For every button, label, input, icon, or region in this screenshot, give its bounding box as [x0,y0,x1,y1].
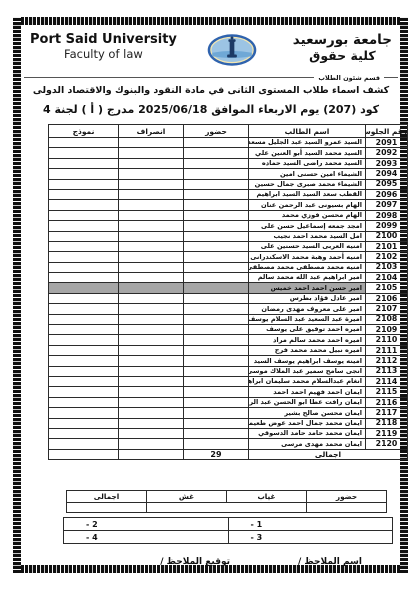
student-name: ايمان محمد حامد حامد الدسوقي [249,428,366,438]
faculty-name-en: Faculty of law [30,48,177,62]
seat-number: 2111 [366,345,408,355]
attendance-cell [184,179,249,189]
student-name: امنيه محمد مصطفى محمد مصطفى [249,262,366,272]
attendance-cell [184,210,249,220]
seat-number: 2101 [366,241,408,251]
table-row: 2093السيد محمد راضى السيد حماده [49,158,408,168]
attendance-cell [184,356,249,366]
students-table-header-row: رقم الجلوس اسم الطالب حضور انصراف نموذج [49,125,408,138]
table-row: 2116ايمان رافت عطا ابو الحسن عبد الرحيم [49,397,408,407]
model-cell [49,221,119,231]
total-label: اجمالى [249,449,408,459]
table-row: 2102امنيه أحمد وهبة محمد الاسكندرانى [49,252,408,262]
attendance-cell [184,241,249,251]
summary-present-value-cell [307,503,387,513]
table-row: 2118ايمان محمد جمال احمد عوض طعيمه [49,418,408,428]
university-name-ar: جامعة بورسعيد [293,32,392,48]
attendance-cell [184,335,249,345]
model-cell [49,335,119,345]
attendance-cell [184,148,249,158]
departure-cell [119,439,184,449]
divider-line-left [24,77,314,78]
model-cell [49,262,119,272]
seat-number: 2091 [366,138,408,148]
model-cell [49,439,119,449]
seat-number: 2107 [366,304,408,314]
model-cell [49,169,119,179]
seat-number: 2092 [366,148,408,158]
model-cell [49,418,119,428]
attendance-cell [184,200,249,210]
model-cell [49,179,119,189]
attendance-cell [184,387,249,397]
students-table: رقم الجلوس اسم الطالب حضور انصراف نموذج … [48,124,408,460]
departure-cell [119,283,184,293]
table-row: 2120ايمان محمد مهدى مرسى [49,439,408,449]
seat-number: 2103 [366,262,408,272]
model-cell [49,356,119,366]
model-cell [49,345,119,355]
students-table-body: 2091السيد عمرو السيد عبد الجليل مسعد عيا… [49,138,408,450]
departure-cell [119,418,184,428]
departure-cell [119,345,184,355]
model-cell [49,304,119,314]
summary-total-value-cell [67,503,147,513]
border-left [13,17,21,573]
student-name: القطب سعد السيد السيد ابراهيم [249,189,366,199]
table-row: 2094الشيماء امين حسنى امين [49,169,408,179]
student-name: ايمان محسن صالح بشير [249,408,366,418]
student-name: امير حسن احمد احمد خميس [249,283,366,293]
student-name: امير ابراهيم عبد الله محمد سالم [249,273,366,283]
attendance-cell [184,325,249,335]
departure-cell [119,189,184,199]
attendance-sheet-page: Port Said University Faculty of law جامع… [0,0,417,589]
table-row: 2096القطب سعد السيد السيد ابراهيم [49,189,408,199]
seat-number: 2115 [366,387,408,397]
student-name: امجد جمعه إسماعيل حسن على [249,221,366,231]
student-name: امل السيد محمد احمد نجيب [249,231,366,241]
student-name: السيد محمد راضى السيد حماده [249,158,366,168]
table-row: 2109اميره احمد توفيق على يوسف [49,325,408,335]
student-name: ايمان محمد جمال احمد عوض طعيمه [249,418,366,428]
student-name: الشيماء امين حسنى امين [249,169,366,179]
letterhead-arabic: جامعة بورسعيد كلية حقوق [287,31,392,64]
observer-signature-label: توقيع الملاحظ / [160,557,230,567]
table-row: 2100امل السيد محمد احمد نجيب [49,231,408,241]
student-name: اميرة عبد السعيد عبد السلام يوسف [249,314,366,324]
table-row: 2112امينه يوسف ابراهيم يوسف السيد [49,356,408,366]
seat-number: 2094 [366,169,408,179]
model-cell [49,189,119,199]
departure-cell [119,397,184,407]
attendance-cell [184,221,249,231]
seat-number: 2106 [366,293,408,303]
table-row: 2110اميره احمد محمد سالم مراد [49,335,408,345]
student-name: الهام بسيونى عبد الرحمن عنان [249,200,366,210]
notes-table: 1 - 2 - 3 - 4 - [63,517,393,544]
model-cell [49,148,119,158]
attendance-cell [184,138,249,148]
summary-middle-value-cell [147,503,307,513]
departure-cell [119,148,184,158]
departure-cell [119,210,184,220]
attendance-cell [184,418,249,428]
student-name: السيد عمرو السيد عبد الجليل مسعد عياده [249,138,366,148]
seat-number: 2100 [366,231,408,241]
model-cell [49,210,119,220]
table-row: 2101امنيه العربى السيد حسنين على [49,241,408,251]
letterhead-english: Port Said University Faculty of law [30,31,177,62]
seat-number: 2117 [366,408,408,418]
summary-empty-row [67,503,387,513]
table-row: 2107امير على معروف مهدى رمضان [49,304,408,314]
departure-cell [119,158,184,168]
student-name: اميره احمد توفيق على يوسف [249,325,366,335]
departure-cell [119,138,184,148]
departure-cell [119,314,184,324]
attendance-cell [184,428,249,438]
departure-cell [119,221,184,231]
departure-cell [119,304,184,314]
departure-cell [119,200,184,210]
table-row: 2115ايمان احمد فهيم احمد احمد [49,387,408,397]
total-row: اجمالى 29 [49,449,408,459]
signature-row: اسم الملاحظ / توقيع الملاحظ / [36,557,386,567]
notes-row-1: 1 - 2 - [64,518,393,531]
attendance-cell [184,262,249,272]
table-row: 2105امير حسن احمد احمد خميس [49,283,408,293]
departure-cell [119,241,184,251]
student-name: الهام محسن فوزي محمد [249,210,366,220]
departure-cell [119,325,184,335]
student-name: ايمان رافت عطا ابو الحسن عبد الرحيم [249,397,366,407]
departure-cell [119,356,184,366]
departure-cell [119,408,184,418]
student-name: الشيماء محمد صبرى جمال حسين [249,179,366,189]
attendance-cell [184,169,249,179]
model-cell [49,428,119,438]
attendance-cell [184,189,249,199]
departure-cell [119,252,184,262]
summary-header-row: حضور غياب غش اجمالى [67,491,387,503]
departure-cell [119,428,184,438]
seat-number: 2097 [366,200,408,210]
departure-cell [119,273,184,283]
seat-number: 2118 [366,418,408,428]
seat-number: 2114 [366,376,408,386]
sheet-title: كشف اسماء طلاب المستوى الثانى في مادة ال… [22,85,400,96]
observer-name-label: اسم الملاحظ / [298,557,362,567]
divider-line-right [384,77,398,78]
model-cell [49,273,119,283]
departure-cell [119,169,184,179]
departure-cell [119,231,184,241]
summary-col-absent: غياب [227,491,307,503]
seat-number: 2119 [366,428,408,438]
table-row: 2113انجى سامح سمير عبد الملاك موسى [49,366,408,376]
attendance-cell [184,314,249,324]
student-name: امير عادل فؤاد بطرس [249,293,366,303]
attendance-cell [184,273,249,283]
total-present-count: 29 [184,449,249,459]
note-line-1: 1 - [228,518,393,531]
exam-session-title: كود (207) يوم الاربعاء الموافق 2025/06/1… [22,103,400,116]
table-row: 2114انغام عبدالسلام محمد سليمان ابراهيم [49,376,408,386]
departure-cell [119,366,184,376]
table-row: 2098الهام محسن فوزي محمد [49,210,408,220]
model-cell [49,293,119,303]
table-row: 2099امجد جمعه إسماعيل حسن على [49,221,408,231]
student-name: امنيه أحمد وهبة محمد الاسكندرانى [249,252,366,262]
department-label: قسم شئون الطلاب [314,74,384,82]
table-row: 2108اميرة عبد السعيد عبد السلام يوسف [49,314,408,324]
student-name: اميره نبيل محمد محمد فرج [249,345,366,355]
attendance-cell [184,158,249,168]
model-cell [49,283,119,293]
student-name: ايمان احمد فهيم احمد احمد [249,387,366,397]
student-name: انجى سامح سمير عبد الملاك موسى [249,366,366,376]
attendance-cell [184,304,249,314]
summary-col-present: حضور [307,491,387,503]
model-cell [49,314,119,324]
departure-cell [119,293,184,303]
departure-cell [119,335,184,345]
summary-col-total: اجمالى [67,491,147,503]
seat-number: 2099 [366,221,408,231]
attendance-cell [184,439,249,449]
model-cell [49,231,119,241]
summary-table: حضور غياب غش اجمالى [66,490,387,513]
table-row: 2104امير ابراهيم عبد الله محمد سالم [49,273,408,283]
attendance-cell [184,283,249,293]
departure-cell [119,376,184,386]
seat-number: 2108 [366,314,408,324]
table-row: 2095الشيماء محمد صبرى جمال حسين [49,179,408,189]
seat-number: 2104 [366,273,408,283]
attendance-cell [184,408,249,418]
letterhead: Port Said University Faculty of law جامع… [22,26,400,71]
seat-number: 2112 [366,356,408,366]
table-row: 2092السيد محمد السيد أبو العنين علي [49,148,408,158]
seat-number: 2098 [366,210,408,220]
note-line-3: 3 - [228,531,393,544]
attendance-cell [184,252,249,262]
seat-number: 2095 [366,179,408,189]
model-cell [49,158,119,168]
table-row: 2106امير عادل فؤاد بطرس [49,293,408,303]
model-cell [49,241,119,251]
col-header-departure: انصراف [119,125,184,138]
sheet-content: Port Said University Faculty of law جامع… [22,26,400,564]
seat-number: 2105 [366,283,408,293]
model-cell [49,252,119,262]
model-cell [49,387,119,397]
note-line-4: 4 - [64,531,229,544]
student-name: انغام عبدالسلام محمد سليمان ابراهيم [249,376,366,386]
student-name: اميره احمد محمد سالم مراد [249,335,366,345]
seat-number: 2109 [366,325,408,335]
table-row: 2111اميره نبيل محمد محمد فرج [49,345,408,355]
summary-col-cheating: غش [147,491,227,503]
seat-number: 2110 [366,335,408,345]
university-name-en: Port Said University [30,33,177,48]
seat-number: 2096 [366,189,408,199]
col-header-attendance: حضور [184,125,249,138]
seat-number: 2102 [366,252,408,262]
model-cell [49,200,119,210]
model-cell [49,376,119,386]
table-row: 2097الهام بسيونى عبد الرحمن عنان [49,200,408,210]
table-row: 2119ايمان محمد حامد حامد الدسوقي [49,428,408,438]
attendance-cell [184,366,249,376]
model-cell [49,138,119,148]
model-cell [49,366,119,376]
table-row: 2117ايمان محسن صالح بشير [49,408,408,418]
attendance-cell [184,231,249,241]
col-header-seat-number: رقم الجلوس [366,125,408,138]
attendance-cell [184,345,249,355]
university-logo-lighthouse-icon [205,32,259,68]
department-divider: قسم شئون الطلاب [24,73,398,82]
student-name: امينه يوسف ابراهيم يوسف السيد [249,356,366,366]
col-header-model: نموذج [49,125,119,138]
table-row: 2103امنيه محمد مصطفى محمد مصطفى [49,262,408,272]
seat-number: 2116 [366,397,408,407]
note-line-2: 2 - [64,518,229,531]
attendance-cell [184,293,249,303]
total-model-cell [49,449,119,459]
border-top [13,17,408,25]
student-name: امير على معروف مهدى رمضان [249,304,366,314]
notes-row-2: 3 - 4 - [64,531,393,544]
table-row: 2091السيد عمرو السيد عبد الجليل مسعد عيا… [49,138,408,148]
student-name: امنيه العربى السيد حسنين على [249,241,366,251]
seat-number: 2093 [366,158,408,168]
seat-number: 2120 [366,439,408,449]
model-cell [49,397,119,407]
departure-cell [119,387,184,397]
departure-cell [119,262,184,272]
student-name: ايمان محمد مهدى مرسى [249,439,366,449]
student-name: السيد محمد السيد أبو العنين علي [249,148,366,158]
model-cell [49,325,119,335]
departure-cell [119,179,184,189]
total-departure-cell [119,449,184,459]
seat-number: 2113 [366,366,408,376]
attendance-cell [184,397,249,407]
faculty-name-ar: كلية حقوق [293,48,392,64]
model-cell [49,408,119,418]
col-header-student-name: اسم الطالب [249,125,366,138]
attendance-cell [184,376,249,386]
